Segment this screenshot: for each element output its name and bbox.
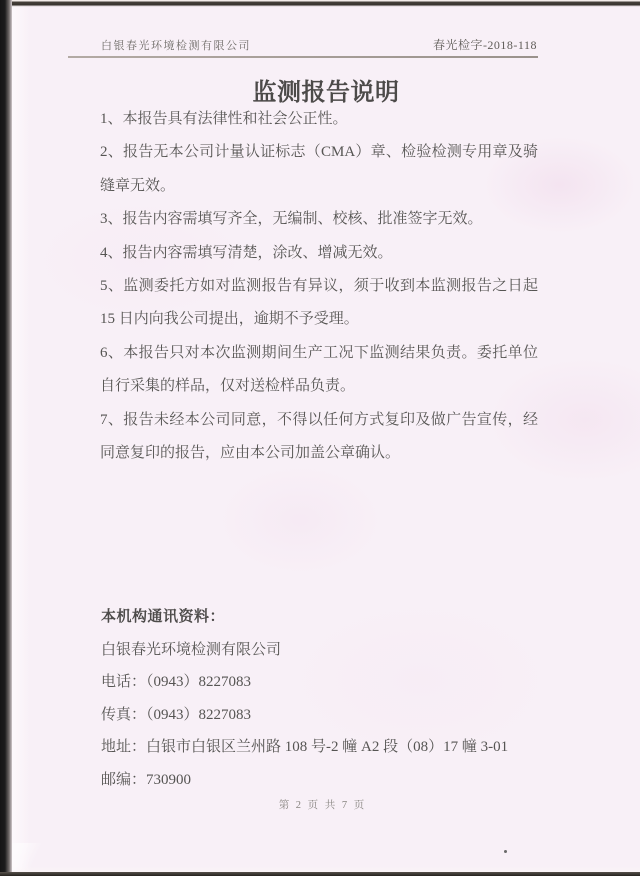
note-item-3: 3、报告内容需填写齐全，无编制、校核、批准签字无效。 (100, 203, 538, 236)
scan-left-edge (0, 0, 12, 876)
note-item-2: 2、报告无本公司计量认证标志（CMA）章、检验检测专用章及骑缝章无效。 (100, 136, 538, 203)
note-item-4: 4、报告内容需填写清楚，涂改、增减无效。 (100, 237, 538, 270)
contact-fax: 传真：（0943）8227083 (101, 699, 561, 732)
scan-top-edge (0, 0, 640, 7)
scanned-report-page: 白银春光环境检测有限公司 春光检字-2018-118 监测报告说明 1、本报告具… (0, 0, 640, 876)
header-rule (68, 56, 538, 58)
note-item-5: 5、监测委托方如对监测报告有异议，须于收到本监测报告之日起 15 日内向我公司提… (100, 270, 538, 337)
note-item-7: 7、报告未经本公司同意，不得以任何方式复印及做广告宣传，经同意复印的报告，应由本… (100, 404, 538, 471)
notes-list: 1、本报告具有法律性和社会公正性。 2、报告无本公司计量认证标志（CMA）章、检… (100, 103, 538, 470)
scan-speck (504, 850, 507, 853)
contact-block: 本机构通讯资料： 白银春光环境检测有限公司 电话：（0943）8227083 传… (101, 601, 561, 797)
contact-address: 地址：白银市白银区兰州路 108 号-2 幢 A2 段（08）17 幢 3-01 (101, 731, 561, 764)
note-item-1: 1、本报告具有法律性和社会公正性。 (100, 103, 538, 136)
scan-bottom-edge (0, 872, 640, 876)
contact-postcode: 邮编：730900 (101, 764, 561, 797)
header-doc-number: 春光检字-2018-118 (0, 36, 537, 53)
contact-company: 白银春光环境检测有限公司 (101, 634, 561, 667)
contact-heading: 本机构通讯资料： (101, 601, 561, 634)
contact-phone: 电话：（0943）8227083 (101, 666, 561, 699)
note-item-6: 6、本报告只对本次监测期间生产工况下监测结果负责。委托单位自行采集的样品，仅对送… (100, 337, 538, 404)
page-number-footer: 第 2 页 共 7 页 (0, 797, 640, 812)
paper-fold-highlight (10, 843, 44, 871)
page-title: 监测报告说明 (0, 72, 640, 107)
